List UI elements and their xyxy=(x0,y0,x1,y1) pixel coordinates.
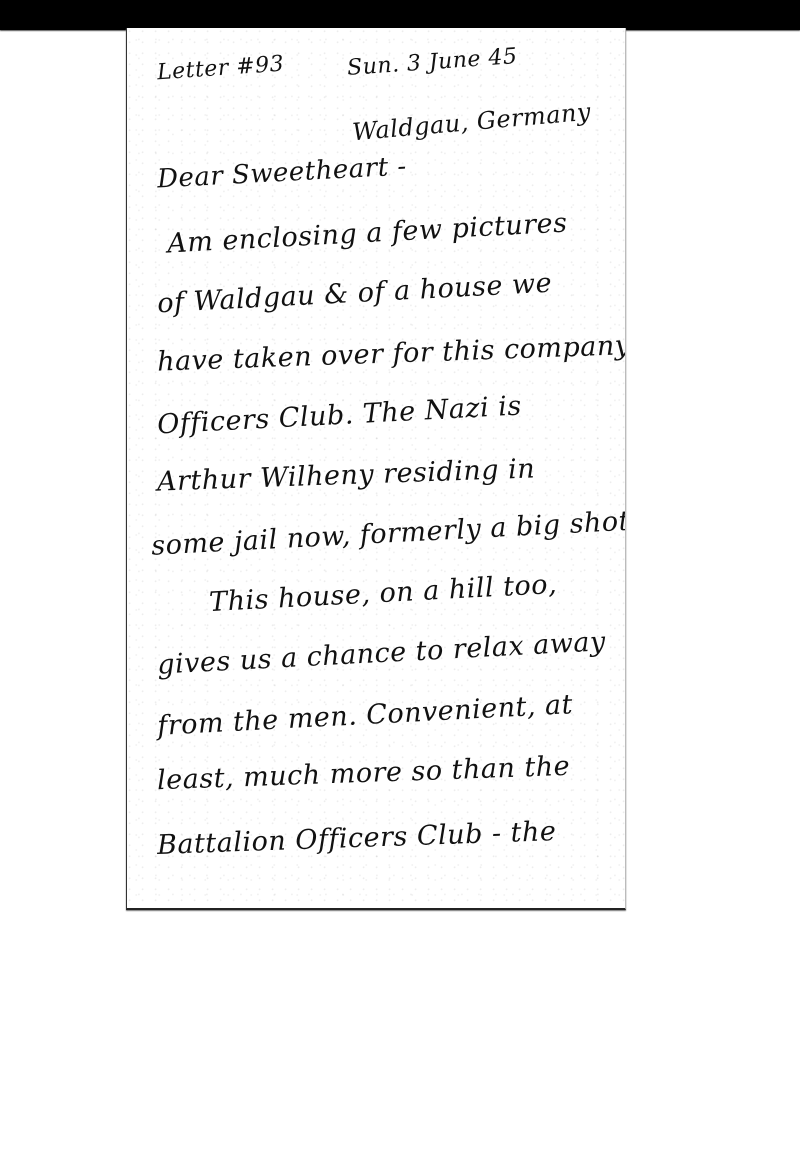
body-line: Arthur Wilheny residing in xyxy=(157,453,536,497)
letter-place: Waldgau, Germany xyxy=(351,98,592,147)
letter-page: Letter #93 Sun. 3 June 45 Waldgau, Germa… xyxy=(126,28,626,910)
body-line: some jail now, formerly a big shot. xyxy=(151,505,626,562)
scanner-top-band xyxy=(0,0,800,30)
body-line: Battalion Officers Club - the xyxy=(157,816,557,861)
salutation: Dear Sweetheart - xyxy=(156,151,407,194)
letter-date: Sun. 3 June 45 xyxy=(346,44,518,81)
body-line: This house, on a hill too, xyxy=(208,569,557,618)
body-line: least, much more so than the xyxy=(157,751,571,796)
body-line: of Waldgau & of a house we xyxy=(156,268,552,320)
body-line: gives us a chance to relax away xyxy=(156,626,606,680)
body-line: Am enclosing a few pictures xyxy=(166,208,568,260)
letter-number: Letter #93 xyxy=(156,52,285,86)
body-line: Officers Club. The Nazi is xyxy=(156,390,522,440)
body-line: from the men. Convenient, at xyxy=(156,689,573,742)
body-line: have taken over for this company's xyxy=(157,329,626,377)
